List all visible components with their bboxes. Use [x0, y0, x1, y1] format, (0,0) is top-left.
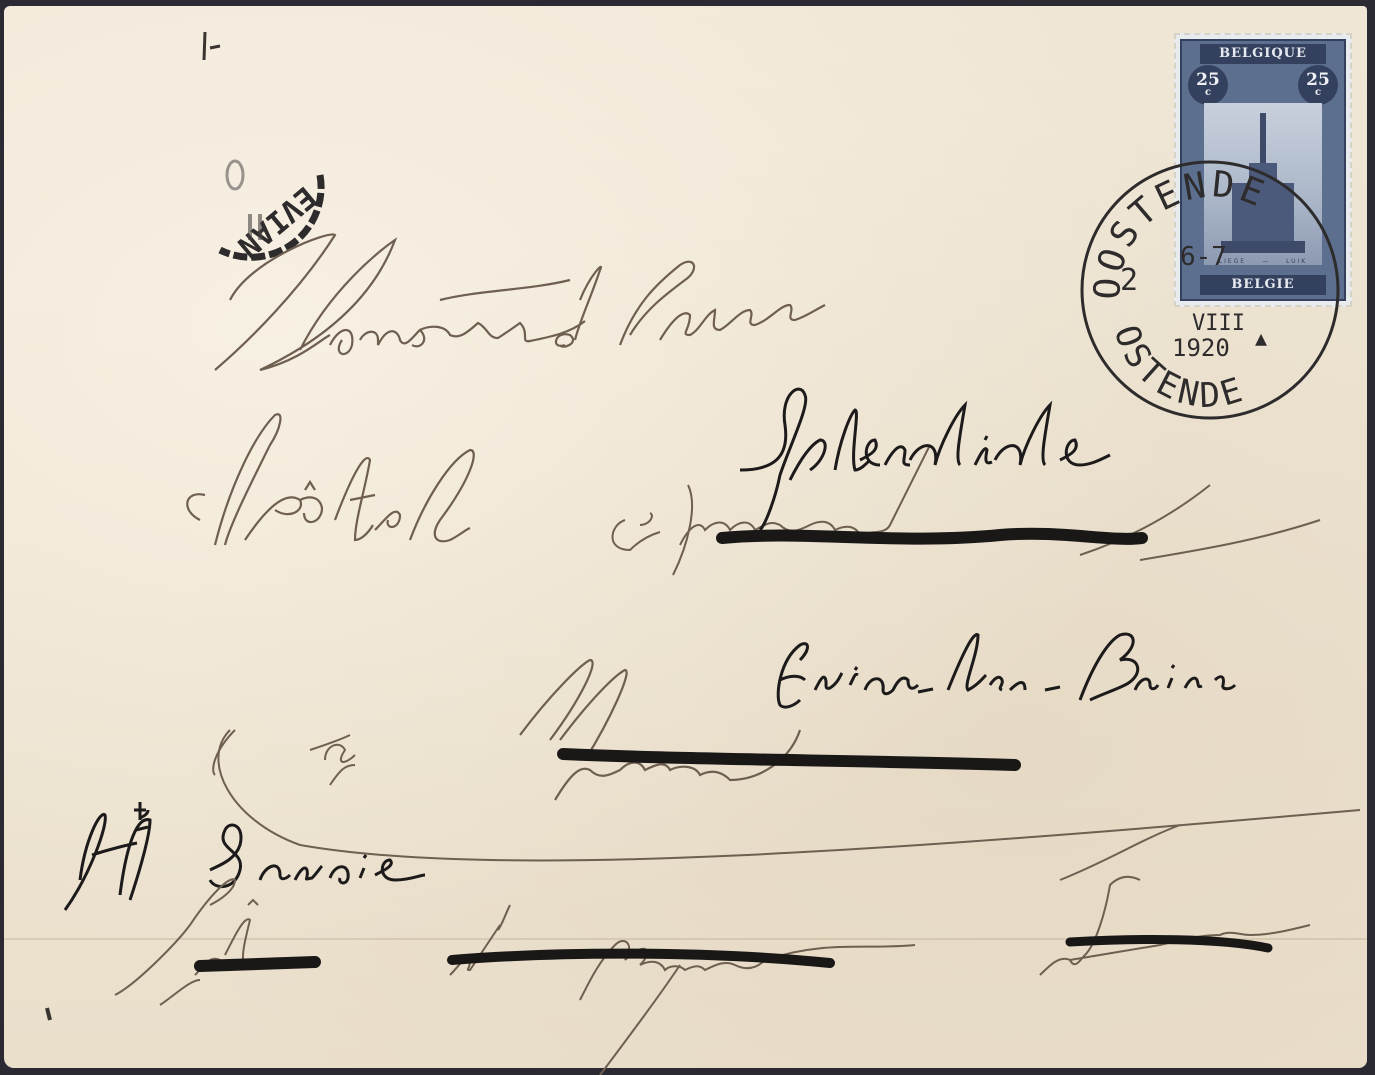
postmark-month: VIII	[1192, 311, 1245, 336]
postmark-layer: OOSTENDE OSTENDE 2 6-7 VIII 1920 ▲	[0, 0, 1375, 1075]
postmark-hour: 6-7	[1180, 242, 1227, 272]
svg-text:OOSTENDE: OOSTENDE	[1087, 164, 1273, 300]
postmark-year: 1920	[1172, 334, 1230, 362]
postmark-city-top: OOSTENDE	[1087, 164, 1273, 300]
postmark-day: 2	[1120, 263, 1138, 298]
ostende-postmark: OOSTENDE OSTENDE 2 6-7 VIII 1920 ▲	[1082, 162, 1338, 418]
postmark-marker: ▲	[1255, 326, 1267, 350]
